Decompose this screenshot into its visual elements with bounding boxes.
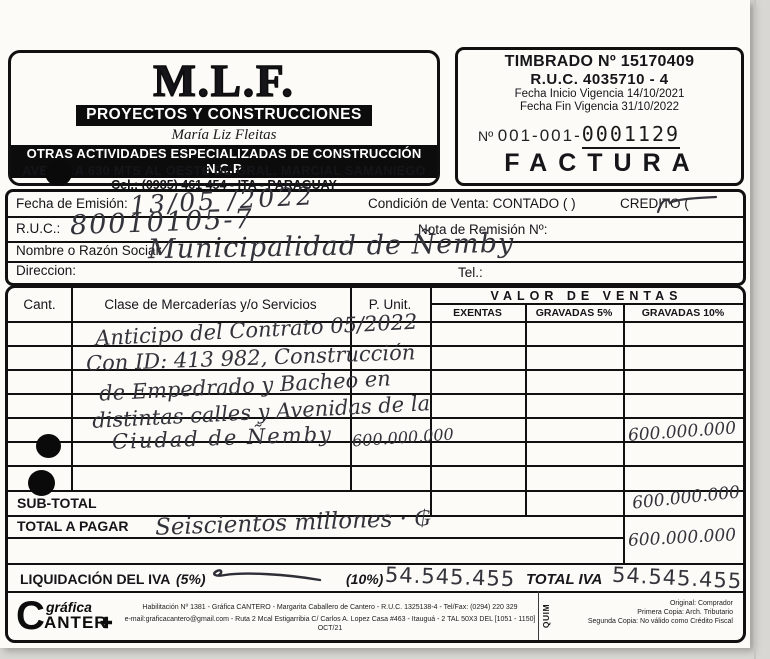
col-header-clase: Clase de Mercaderías y/o Servicios — [71, 297, 350, 312]
iva5-label: (5%) — [176, 571, 206, 587]
scan-crease — [754, 0, 756, 659]
logo-antero-word: ANTER — [44, 613, 108, 633]
col-header-gravadas10: GRAVADAS 10% — [623, 307, 743, 319]
iva10-value-handwritten: 54.545.455 — [385, 563, 516, 592]
credito-check-mark — [652, 192, 722, 214]
punch-hole-icon — [28, 470, 55, 496]
tel-label: Tel.: — [458, 265, 483, 280]
punch-hole-icon — [45, 160, 72, 186]
copia-segunda: Segunda Copia: No válido como Crédito Fi… — [553, 617, 733, 626]
liquidacion-iva-label: LIQUIDACIÓN DEL IVA — [20, 571, 170, 587]
grafica-cantero-logo: C gráfica ANTER ✚ — [16, 598, 116, 636]
vigencia-inicio: Fecha Inicio Vigencia 14/10/2021 — [458, 88, 741, 100]
punch-hole-icon — [36, 434, 61, 458]
razon-social-label: Nombre o Razón Social: — [16, 243, 162, 258]
col-header-exentas: EXENTAS — [430, 307, 525, 319]
col-header-gravadas5: GRAVADAS 5% — [525, 307, 623, 319]
vigencia-fin: Fecha Fin Vigencia 31/10/2022 — [458, 101, 741, 113]
timbrado-number: TIMBRADO Nº 15170409 — [458, 53, 741, 71]
iva5-dash-mark — [205, 566, 325, 586]
document-type-title: FACTURA — [458, 149, 741, 178]
company-header-box: M.L.F. PROYECTOS Y CONSTRUCCIONES María … — [8, 50, 440, 186]
direccion-label: Direccion: — [16, 263, 76, 278]
quim-vertical-label: QUIM — [541, 604, 551, 628]
copia-original: Original: Comprador — [553, 599, 733, 608]
col-header-valor-ventas: VALOR DE VENTAS — [430, 289, 743, 303]
company-owner: María Liz Fleitas — [11, 127, 437, 144]
company-tagline: PROYECTOS Y CONSTRUCCIONES — [76, 105, 372, 126]
invoice-number-row: Nº 001-001-0001129 — [478, 122, 680, 146]
company-address: AVEIRO A 630 MTS AL OESTE DE GRAL. MARCI… — [11, 164, 437, 178]
copia-primera: Primera Copia: Arch. Tributario — [553, 608, 733, 617]
iva10-label: (10%) — [346, 571, 383, 587]
logo-c-glyph: C — [16, 594, 45, 639]
total-a-pagar-label: TOTAL A PAGAR — [17, 518, 128, 534]
invoice-number-series: 001-001- — [498, 126, 582, 145]
invoice-number-prefix: Nº — [478, 128, 493, 144]
fiscal-ruc: R.U.C. 4035710 - 4 — [458, 71, 741, 88]
col-header-cant: Cant. — [8, 297, 71, 312]
timbrado-box: TIMBRADO Nº 15170409 R.U.C. 4035710 - 4 … — [455, 47, 744, 186]
subtotal-label: SUB-TOTAL — [17, 495, 97, 511]
col-header-punit: P. Unit. — [350, 297, 430, 312]
imprenta-linea1: Habilitación Nº 1381 - Gráfica CANTERO -… — [120, 603, 540, 612]
imprenta-linea2: e-mail:graficacantero@gmail.com - Ruta 2… — [120, 615, 540, 633]
ruc-label: R.U.C.: — [16, 221, 60, 236]
razon-social-handwritten: Municipalidad de Ñemby — [148, 228, 515, 265]
scanned-invoice-page: { "colors": { "border": "#101010", "ink"… — [0, 0, 770, 659]
invoice-number-value: 0001129 — [582, 122, 680, 149]
company-initials: M.L.F. — [11, 55, 437, 107]
condicion-venta-label: Condición de Venta: CONTADO ( ) — [368, 196, 576, 211]
logo-cross-icon: ✚ — [100, 614, 113, 632]
total-iva-label: TOTAL IVA — [526, 571, 602, 588]
